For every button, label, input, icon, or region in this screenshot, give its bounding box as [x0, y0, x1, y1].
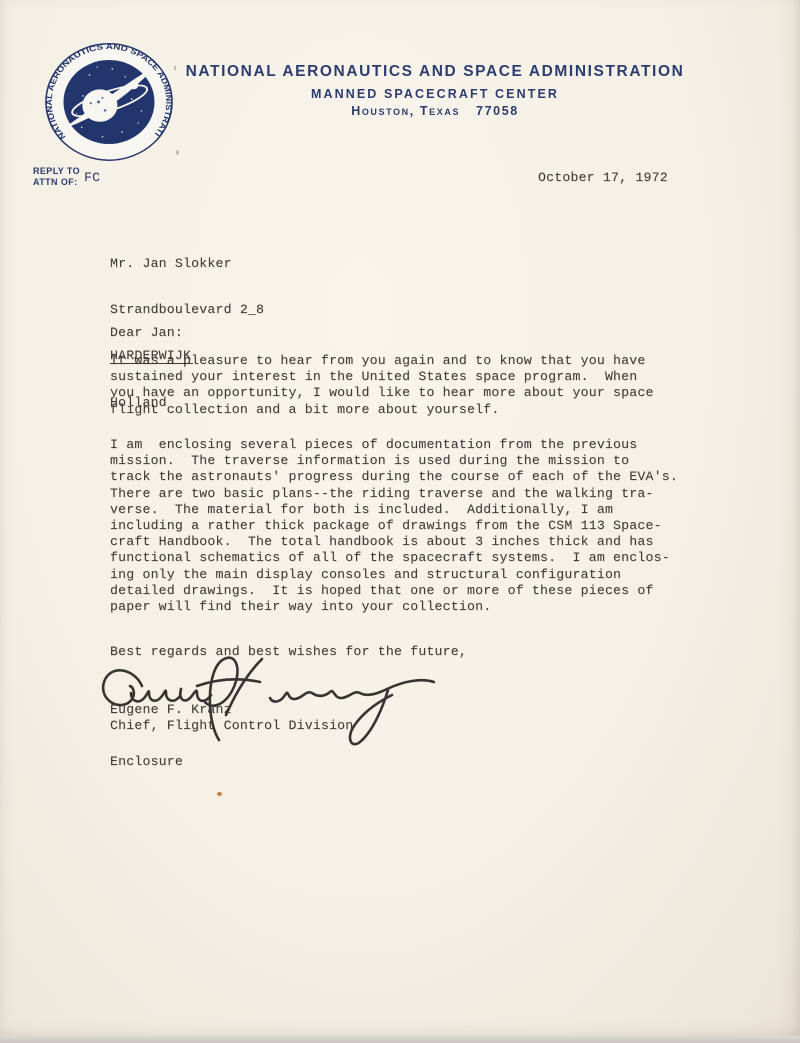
salutation: Dear Jan:: [110, 325, 183, 340]
sender-name: Eugene F. Kranz: [110, 702, 232, 717]
recipient-name: Mr. Jan Slokker: [110, 256, 264, 272]
body-paragraph-2: I am enclosing several pieces of documen…: [110, 437, 678, 615]
paper-stain: [217, 792, 222, 796]
body-paragraph-1: It was a pleasure to hear from you again…: [110, 353, 654, 418]
scan-bottom-edge: [0, 1036, 800, 1043]
sender-title: Chief, Flight Control Division: [110, 718, 353, 733]
letterhead-zip: 77058: [476, 104, 519, 118]
nasa-seal: NATIONAL AERONAUTICS AND SPACE ADMINISTR…: [44, 42, 174, 162]
letterhead-center: MANNED SPACECRAFT CENTER: [70, 87, 800, 101]
recipient-street: Strandboulevard 2_8: [110, 302, 264, 318]
letterhead-location: Houston, Texas77058: [70, 104, 800, 118]
letterhead-agency: NATIONAL AERONAUTICS AND SPACE ADMINISTR…: [70, 63, 800, 81]
reply-label-line1: REPLY TO: [33, 166, 80, 177]
office-code: FC: [84, 170, 100, 185]
reply-label-line2: ATTN OF:: [33, 177, 80, 188]
paper-fleck: [176, 150, 179, 155]
reply-attn-label: REPLY TO ATTN OF:: [33, 166, 80, 188]
letterhead-city-state: Houston, Texas: [351, 104, 460, 118]
letter-page: NATIONAL AERONAUTICS AND SPACE ADMINISTR…: [0, 0, 800, 1043]
enclosure-note: Enclosure: [110, 754, 183, 769]
letter-date: October 17, 1972: [538, 170, 668, 185]
